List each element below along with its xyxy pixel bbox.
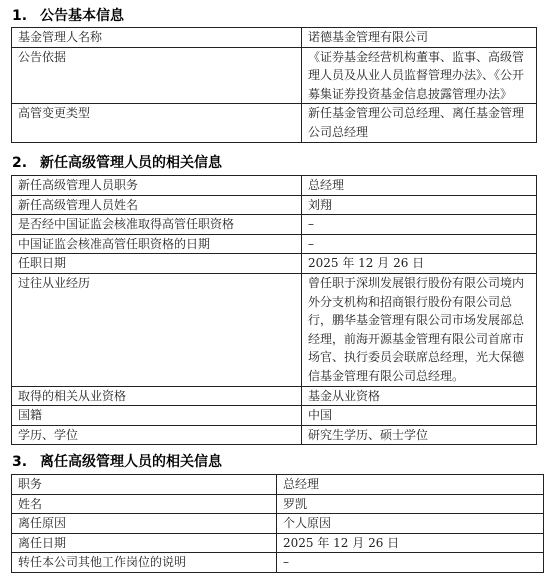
table-row: 新任高级管理人员姓名 刘翔 bbox=[12, 195, 537, 215]
row-label: 学历、学位 bbox=[12, 425, 302, 445]
section-number: 3. bbox=[12, 453, 40, 471]
section-number: 2. bbox=[12, 154, 40, 172]
row-label: 高管变更类型 bbox=[12, 104, 302, 142]
row-label: 公告依据 bbox=[12, 47, 302, 104]
announcement-basic-info-table: 基金管理人名称 诺德基金管理有限公司 公告依据 《证券基金经营机构董事、监事、高… bbox=[11, 27, 537, 143]
row-value: 罗凯 bbox=[277, 494, 544, 514]
row-value: – bbox=[302, 234, 537, 254]
departing-executive-info-table: 职务 总经理 姓名 罗凯 离任原因 个人原因 离任日期 2025 年 12 月 … bbox=[11, 474, 544, 573]
row-label: 新任高级管理人员姓名 bbox=[12, 195, 302, 215]
table-row: 是否经中国证监会核准取得高管任职资格 – bbox=[12, 215, 537, 235]
table-row: 新任高级管理人员职务 总经理 bbox=[12, 176, 537, 196]
row-value: 诺德基金管理有限公司 bbox=[302, 28, 537, 48]
table-row: 基金管理人名称 诺德基金管理有限公司 bbox=[12, 28, 537, 48]
table-row: 离任原因 个人原因 bbox=[12, 514, 544, 534]
row-value: 总经理 bbox=[302, 176, 537, 196]
section-title: 离任高级管理人员的相关信息 bbox=[40, 454, 222, 470]
row-value: 新任基金管理公司总经理、离任基金管理公司总经理 bbox=[302, 104, 537, 142]
row-value: – bbox=[277, 553, 544, 573]
row-value: 2025 年 12 月 26 日 bbox=[277, 533, 544, 553]
table-row: 高管变更类型 新任基金管理公司总经理、离任基金管理公司总经理 bbox=[12, 104, 537, 142]
row-label: 国籍 bbox=[12, 406, 302, 426]
row-label: 任职日期 bbox=[12, 254, 302, 274]
row-label: 离任原因 bbox=[12, 514, 277, 534]
row-value: 个人原因 bbox=[277, 514, 544, 534]
table-row: 职务 总经理 bbox=[12, 475, 544, 495]
table-row: 姓名 罗凯 bbox=[12, 494, 544, 514]
section-title: 公告基本信息 bbox=[40, 8, 124, 24]
row-label: 过往从业经历 bbox=[12, 273, 302, 386]
section-2-heading: 2.新任高级管理人员的相关信息 bbox=[12, 154, 222, 172]
row-value: 《证券基金经营机构董事、监事、高级管理人员及从业人员监督管理办法》、《公开募集证… bbox=[302, 47, 537, 104]
row-label: 取得的相关从业资格 bbox=[12, 386, 302, 406]
new-executive-info-table: 新任高级管理人员职务 总经理 新任高级管理人员姓名 刘翔 是否经中国证监会核准取… bbox=[11, 175, 537, 445]
row-label: 姓名 bbox=[12, 494, 277, 514]
table-row: 中国证监会核准高管任职资格的日期 – bbox=[12, 234, 537, 254]
table-row: 公告依据 《证券基金经营机构董事、监事、高级管理人员及从业人员监督管理办法》、《… bbox=[12, 47, 537, 104]
row-value: 曾任职于深圳发展银行股份有限公司境内外分支机构和招商银行股份有限公司总行，鹏华基… bbox=[302, 273, 537, 386]
row-label: 离任日期 bbox=[12, 533, 277, 553]
row-value: 基金从业资格 bbox=[302, 386, 537, 406]
row-label: 职务 bbox=[12, 475, 277, 495]
table-row: 学历、学位 研究生学历、硕士学位 bbox=[12, 425, 537, 445]
table-row: 过往从业经历 曾任职于深圳发展银行股份有限公司境内外分支机构和招商银行股份有限公… bbox=[12, 273, 537, 386]
table-row: 取得的相关从业资格 基金从业资格 bbox=[12, 386, 537, 406]
table-row: 任职日期 2025 年 12 月 26 日 bbox=[12, 254, 537, 274]
row-label: 中国证监会核准高管任职资格的日期 bbox=[12, 234, 302, 254]
section-1-heading: 1.公告基本信息 bbox=[12, 7, 124, 25]
table-row: 国籍 中国 bbox=[12, 406, 537, 426]
row-value: 刘翔 bbox=[302, 195, 537, 215]
section-number: 1. bbox=[12, 7, 40, 25]
row-value: 总经理 bbox=[277, 475, 544, 495]
section-3-heading: 3.离任高级管理人员的相关信息 bbox=[12, 453, 222, 471]
table-row: 转任本公司其他工作岗位的说明 – bbox=[12, 553, 544, 573]
row-label: 是否经中国证监会核准取得高管任职资格 bbox=[12, 215, 302, 235]
row-value: 2025 年 12 月 26 日 bbox=[302, 254, 537, 274]
row-label: 新任高级管理人员职务 bbox=[12, 176, 302, 196]
row-label: 转任本公司其他工作岗位的说明 bbox=[12, 553, 277, 573]
row-value: 研究生学历、硕士学位 bbox=[302, 425, 537, 445]
section-title: 新任高级管理人员的相关信息 bbox=[40, 155, 222, 171]
row-label: 基金管理人名称 bbox=[12, 28, 302, 48]
table-row: 离任日期 2025 年 12 月 26 日 bbox=[12, 533, 544, 553]
row-value: 中国 bbox=[302, 406, 537, 426]
row-value: – bbox=[302, 215, 537, 235]
